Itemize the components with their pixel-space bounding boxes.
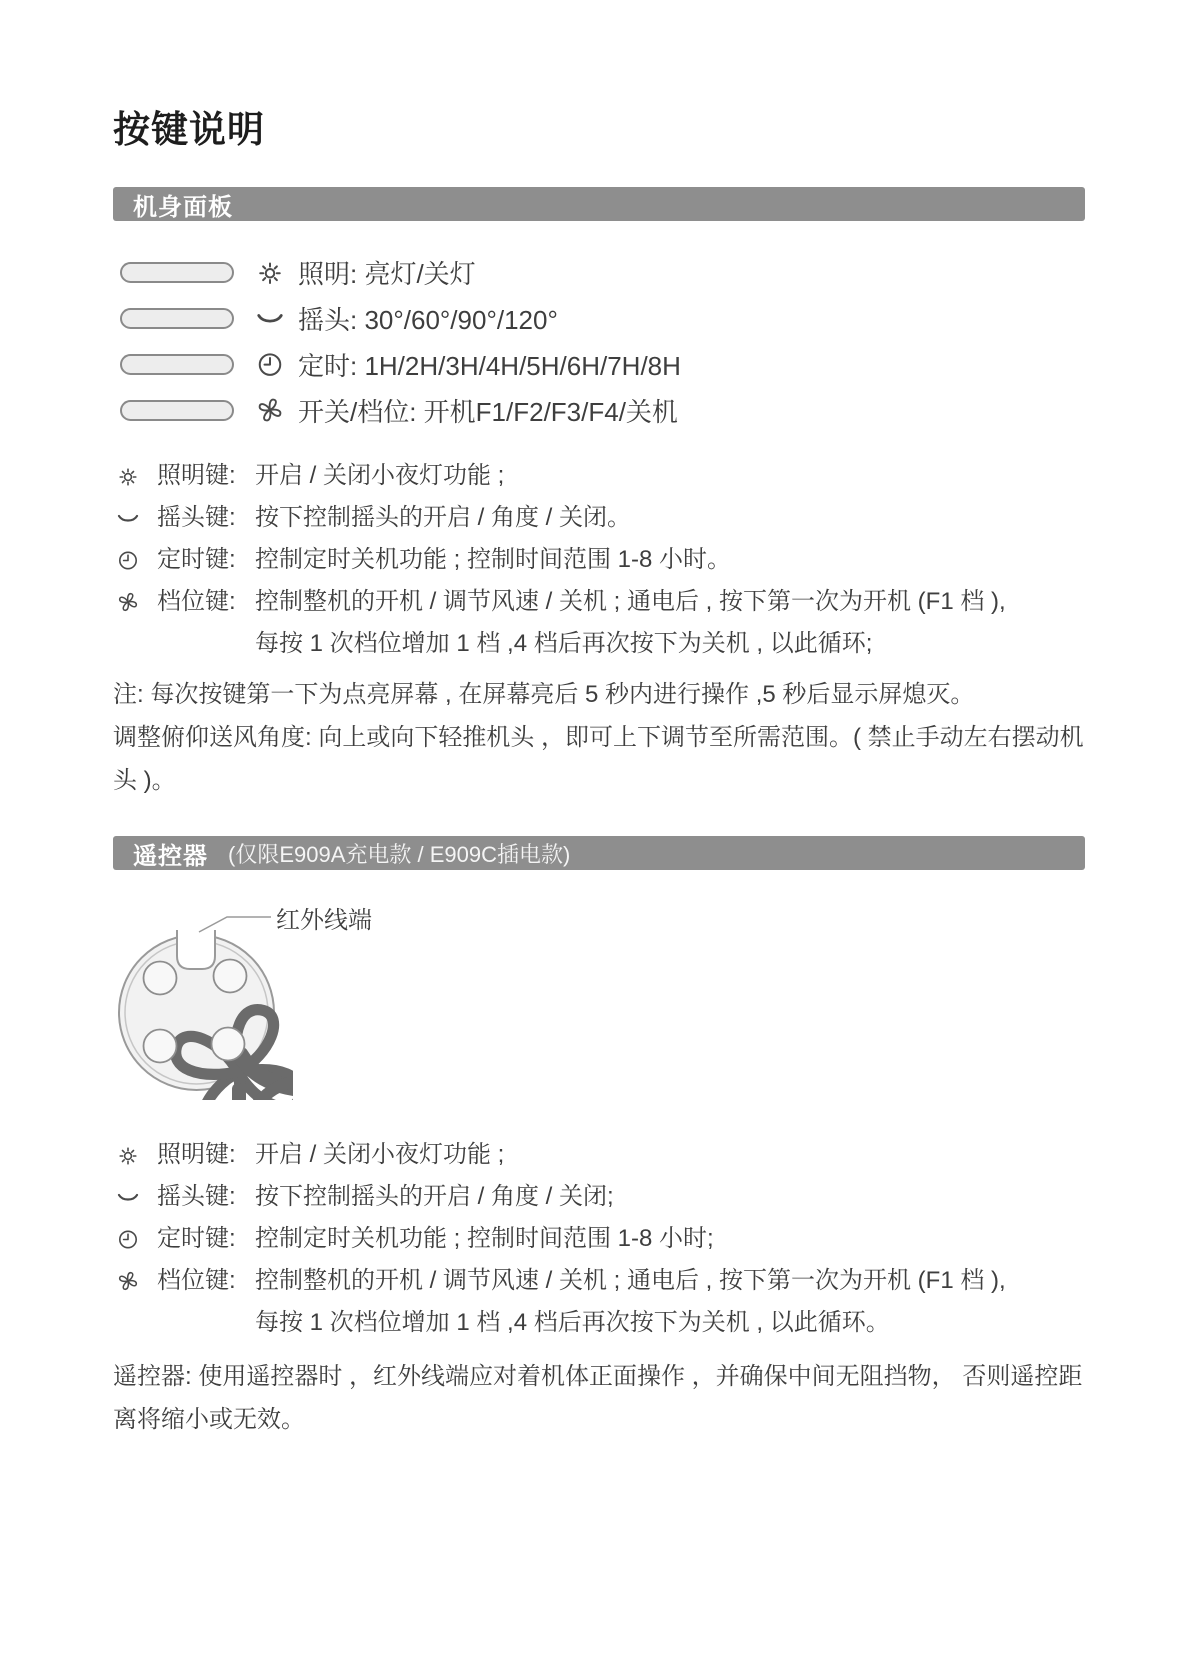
swing-icon <box>113 497 143 539</box>
panel-button-row: 摇头: 30°/60°/90°/120° <box>113 295 1085 341</box>
light-icon <box>113 455 143 497</box>
swing-icon <box>113 1176 143 1218</box>
panel-button-label: 开关/档位: 开机F1/F2/F3/F4/关机 <box>298 392 678 429</box>
key-desc: 控制定时关机功能 ; 控制时间范围 1-8 小时; <box>255 1218 1085 1260</box>
key-label: 照明键: <box>157 455 255 497</box>
key-label: 档位键: <box>157 1260 255 1302</box>
remote-illustration <box>113 888 293 1100</box>
key-item-swing: 摇头键: 按下控制摇头的开启 / 角度 / 关闭。 <box>113 497 1085 539</box>
panel-notes: 注: 每次按键第一下为点亮屏幕 , 在屏幕亮后 5 秒内进行操作 ,5 秒后显示… <box>113 673 1085 802</box>
key-desc: 控制整机的开机 / 调节风速 / 关机 ; 通电后 , 按下第一次为开机 (F1… <box>255 581 1085 665</box>
key-desc-line2: 每按 1 次档位增加 1 档 ,4 档后再次按下为关机 , 以此循环。 <box>255 1302 1085 1344</box>
key-label: 摇头键: <box>157 497 255 539</box>
key-item-light: 照明键: 开启 / 关闭小夜灯功能 ; <box>113 455 1085 497</box>
key-item-timer: 定时键: 控制定时关机功能 ; 控制时间范围 1-8 小时; <box>113 1218 1085 1260</box>
note-screen: 注: 每次按键第一下为点亮屏幕 , 在屏幕亮后 5 秒内进行操作 ,5 秒后显示… <box>113 673 1085 716</box>
key-desc: 控制整机的开机 / 调节风速 / 关机 ; 通电后 , 按下第一次为开机 (F1… <box>255 1260 1085 1344</box>
key-item-fan: 档位键: 控制整机的开机 / 调节风速 / 关机 ; 通电后 , 按下第一次为开… <box>113 581 1085 665</box>
panel-key-descriptions: 照明键: 开启 / 关闭小夜灯功能 ; 摇头键: 按下控制摇头的开启 / 角度 … <box>113 455 1085 665</box>
section-header-remote: 遥控器 (仅限E909A充电款 / E909C插电款) <box>113 836 1085 870</box>
key-desc: 按下控制摇头的开启 / 角度 / 关闭。 <box>255 497 1085 539</box>
key-label: 照明键: <box>157 1134 255 1176</box>
page-title: 按键说明 <box>113 106 1085 153</box>
swing-icon <box>255 303 285 333</box>
panel-button-row: 照明: 亮灯/关灯 <box>113 249 1085 295</box>
panel-button-label: 定时: 1H/2H/3H/4H/5H/6H/7H/8H <box>298 346 681 383</box>
key-label: 定时键: <box>157 1218 255 1260</box>
remote-key-descriptions: 照明键: 开启 / 关闭小夜灯功能 ; 摇头键: 按下控制摇头的开启 / 角度 … <box>113 1134 1085 1344</box>
section-header-label: 遥控器 <box>133 836 208 871</box>
panel-button-pill <box>120 262 234 283</box>
panel-button-pill <box>120 354 234 375</box>
panel-button-row: 开关/档位: 开机F1/F2/F3/F4/关机 <box>113 387 1085 433</box>
key-desc-line1: 控制整机的开机 / 调节风速 / 关机 ; 通电后 , 按下第一次为开机 (F1… <box>255 1260 1085 1302</box>
key-item-light: 照明键: 开启 / 关闭小夜灯功能 ; <box>113 1134 1085 1176</box>
key-item-fan: 档位键: 控制整机的开机 / 调节风速 / 关机 ; 通电后 , 按下第一次为开… <box>113 1260 1085 1344</box>
note-tilt: 调整俯仰送风角度: 向上或向下轻推机头 ，即可上下调节至所需范围。( 禁止手动左… <box>113 716 1085 802</box>
remote-notes: 遥控器: 使用遥控器时 ，红外线端应对着机体正面操作 ，并确保中间无阻挡物， 否… <box>113 1355 1085 1441</box>
key-desc: 开启 / 关闭小夜灯功能 ; <box>255 1134 1085 1176</box>
section-header-body-panel: 机身面板 <box>113 187 1085 221</box>
timer-icon <box>113 1218 143 1260</box>
ir-leader-line <box>199 917 271 932</box>
fan-icon <box>255 395 285 425</box>
fan-icon <box>113 1260 143 1302</box>
ir-notch <box>177 930 215 969</box>
key-item-timer: 定时键: 控制定时关机功能 ; 控制时间范围 1-8 小时。 <box>113 539 1085 581</box>
key-desc: 开启 / 关闭小夜灯功能 ; <box>255 455 1085 497</box>
panel-button-pill <box>120 400 234 421</box>
key-label: 摇头键: <box>157 1176 255 1218</box>
panel-button-label: 摇头: 30°/60°/90°/120° <box>298 300 558 337</box>
key-desc: 控制定时关机功能 ; 控制时间范围 1-8 小时。 <box>255 539 1085 581</box>
light-icon <box>113 1134 143 1176</box>
timer-icon <box>113 539 143 581</box>
light-icon <box>255 257 285 287</box>
timer-icon <box>255 349 285 379</box>
ir-label: 红外线端 <box>276 900 372 935</box>
key-label: 档位键: <box>157 581 255 623</box>
section-header-sub-label: (仅限E909A充电款 / E909C插电款) <box>228 838 570 869</box>
key-desc: 按下控制摇头的开启 / 角度 / 关闭; <box>255 1176 1085 1218</box>
panel-button-pill <box>120 308 234 329</box>
remote-diagram: 红外线端 <box>113 888 1085 1100</box>
key-item-swing: 摇头键: 按下控制摇头的开启 / 角度 / 关闭; <box>113 1176 1085 1218</box>
manual-page: 按键说明 机身面板 照明: 亮灯/关灯 摇头: 30°/60°/90°/120°… <box>0 0 1200 1441</box>
note-remote-usage: 遥控器: 使用遥控器时 ，红外线端应对着机体正面操作 ，并确保中间无阻挡物， 否… <box>113 1355 1085 1441</box>
key-desc-line1: 控制整机的开机 / 调节风速 / 关机 ; 通电后 , 按下第一次为开机 (F1… <box>255 581 1085 623</box>
section-header-label: 机身面板 <box>133 187 233 222</box>
panel-button-list: 照明: 亮灯/关灯 摇头: 30°/60°/90°/120° 定时: 1H/2H… <box>113 249 1085 433</box>
fan-icon <box>113 581 143 623</box>
key-desc-line2: 每按 1 次档位增加 1 档 ,4 档后再次按下为关机 , 以此循环; <box>255 623 1085 665</box>
panel-button-row: 定时: 1H/2H/3H/4H/5H/6H/7H/8H <box>113 341 1085 387</box>
key-label: 定时键: <box>157 539 255 581</box>
panel-button-label: 照明: 亮灯/关灯 <box>298 254 476 291</box>
